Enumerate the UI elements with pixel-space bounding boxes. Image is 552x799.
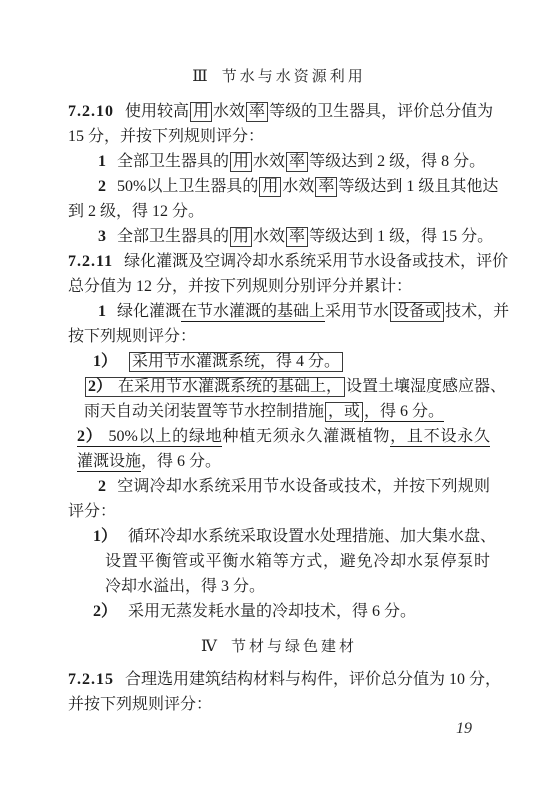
- bold-number-marker: 2: [98, 178, 106, 195]
- text-run: 循环冷却水系统采取设置水处理措施、加大集水盘、: [128, 528, 496, 545]
- text-run: 等级达到 1 级，得 15 分。: [309, 228, 493, 245]
- revision-boxed-text: 用: [230, 227, 252, 247]
- revision-boxed-text: 率: [286, 152, 308, 172]
- text-run: 水效: [253, 153, 285, 170]
- text-run: 节水与水资源利用: [222, 69, 366, 85]
- bold-number-marker: 1）: [93, 528, 117, 545]
- text-run: 总分值为 12 分，并按下列规则分别评分并累计：: [68, 278, 412, 295]
- section-heading-4: Ⅳ节材与绿色建材: [68, 634, 490, 659]
- revision-boxed-text: 率: [246, 102, 268, 122]
- section-heading-3: Ⅲ节水与水资源利用: [68, 64, 490, 89]
- text-run: 绿化灌溉及空调冷却水系统采用节水设备或技术，评价: [124, 253, 508, 270]
- revision-underlined-text: 在节水灌溉的基础上: [181, 303, 325, 322]
- text-run: 按下列规则评分：: [68, 328, 196, 345]
- item-1-line: 1全部卫生器具的用水效率等级达到 2 级，得 8 分。: [98, 149, 490, 174]
- clause-7-2-15-line-1: 7.2.15合理选用建筑结构材料与构件，评价总分值为 10 分，: [68, 667, 490, 692]
- clause-7-2-10-line-2: 15 分，并按下列规则评分：: [68, 124, 490, 149]
- text-run: 使用较高: [125, 103, 189, 120]
- bold-number-marker: 1: [98, 153, 106, 170]
- bold-number-marker: 7.2.11: [68, 253, 113, 270]
- document-page: Ⅲ节水与水资源利用7.2.10使用较高用水效率等级的卫生器具，评价总分值为15 …: [0, 0, 552, 799]
- clause-7-2-15-line-2: 并按下列规则评分：: [68, 692, 490, 717]
- revision-underlined-text: 50%以上的绿地: [109, 428, 223, 447]
- revision-boxed-text: ，或: [325, 402, 363, 422]
- subitem-1-cooling-line-3: 冷却水溢出，得 3 分。: [105, 574, 490, 599]
- text-run: 等级达到 2 级，得 8 分。: [309, 153, 485, 170]
- bold-number-marker: 1: [98, 303, 106, 320]
- subitem-2-boxed-line-1: 2）在采用节水灌溉系统的基础上，设置土壤湿度感应器、: [84, 374, 490, 399]
- bold-number-marker: 7.2.10: [68, 103, 114, 120]
- text-run: ，得 6 分。: [141, 453, 221, 470]
- subitem-2-underlined-line-1: 2）50%以上的绿地种植无须永久灌溉植物，且不设永久: [77, 424, 490, 449]
- footer-page-number: 19: [456, 720, 472, 738]
- item-2-cooling-line-2: 评分：: [68, 499, 490, 524]
- text-run: 50%以上卫生器具的: [117, 178, 258, 195]
- text-run: 水效: [213, 103, 245, 120]
- bold-number-marker: 7.2.15: [68, 671, 114, 688]
- text-run: 冷却水溢出，得 3 分。: [105, 578, 265, 595]
- text-run: 采用节水灌溉系统，得 4 分。: [132, 353, 340, 370]
- text-run: 合理选用建筑结构材料与构件，评价总分值为 10 分，: [125, 671, 501, 688]
- bold-number-marker: 3: [98, 228, 106, 245]
- clause-7-2-10-line-1: 7.2.10使用较高用水效率等级的卫生器具，评价总分值为: [68, 99, 490, 124]
- bold-number-marker: 2）: [93, 603, 117, 620]
- text-run: 并按下列规则评分：: [68, 696, 212, 713]
- text-run: 在采用节水灌溉系统的基础上，: [118, 378, 342, 395]
- clause-7-2-11-line-2: 总分值为 12 分，并按下列规则分别评分并累计：: [68, 274, 490, 299]
- text-run: 设置平衡管或平衡水箱等方式，避免冷却水泵停泵时: [105, 553, 490, 570]
- revision-boxed-text: 率: [315, 177, 337, 197]
- text-run: 等级的卫生器具，评价总分值为: [269, 103, 493, 120]
- bold-number-marker: 2: [98, 478, 106, 495]
- subitem-1-cooling-line-2: 设置平衡管或平衡水箱等方式，避免冷却水泵停泵时: [105, 549, 490, 574]
- revision-underlined-text: 灌溉设施: [77, 453, 141, 472]
- revision-box: 采用节水灌溉系统，得 4 分。: [129, 352, 343, 372]
- text-run: 设置土壤湿度感应器、: [346, 378, 506, 395]
- text-run: 节材与绿色建材: [231, 639, 357, 655]
- text-run: 等级达到 1 级且其他达: [338, 178, 498, 195]
- revision-boxed-text: 用: [259, 177, 281, 197]
- revision-boxed-text: 率: [286, 227, 308, 247]
- item-2-cooling-line-1: 2空调冷却水系统采用节水设备或技术，并按下列规则: [98, 474, 490, 499]
- bold-number-marker: 1）: [93, 353, 117, 370]
- text-run: Ⅳ: [201, 638, 218, 655]
- item-1-irrigation-line-2: 按下列规则评分：: [68, 324, 490, 349]
- item-1-irrigation-line-1: 1绿化灌溉在节水灌溉的基础上采用节水设备或技术，并: [98, 299, 490, 324]
- clause-7-2-11-line-1: 7.2.11绿化灌溉及空调冷却水系统采用节水设备或技术，评价: [68, 249, 490, 274]
- text-run: 15 分，并按下列规则评分：: [68, 128, 264, 145]
- text-run: 采用无蒸发耗水量的冷却技术，得 6 分。: [128, 603, 416, 620]
- subitem-2-cooling: 2）采用无蒸发耗水量的冷却技术，得 6 分。: [93, 599, 490, 624]
- item-2-line-1: 250%以上卫生器具的用水效率等级达到 1 级且其他达: [98, 174, 490, 199]
- text-run: 绿化灌溉: [117, 303, 181, 320]
- text-run: 采用节水: [325, 303, 389, 320]
- subitem-1-boxed: 1）采用节水灌溉系统，得 4 分。: [93, 349, 490, 374]
- item-3-line: 3全部卫生器具的用水效率等级达到 1 级，得 15 分。: [98, 224, 490, 249]
- revision-boxed-text: 用: [230, 152, 252, 172]
- text-run: Ⅲ: [192, 68, 208, 85]
- item-2-line-2: 到 2 级，得 12 分。: [68, 199, 490, 224]
- revision-boxed-text: 设备或: [390, 302, 444, 322]
- text-run: 技术，并: [445, 303, 509, 320]
- text-run: 种植无须永久灌溉植物: [222, 428, 390, 445]
- text-block: Ⅲ节水与水资源利用7.2.10使用较高用水效率等级的卫生器具，评价总分值为15 …: [68, 64, 490, 717]
- text-run: 空调冷却水系统采用节水设备或技术，并按下列规则: [117, 478, 490, 495]
- revision-underlined-text: ，得 6 分。: [364, 403, 444, 422]
- subitem-2-underlined-line-2: 灌溉设施，得 6 分。: [77, 449, 490, 474]
- revision-underlined-text: 2）: [77, 428, 109, 447]
- text-run: 全部卫生器具的: [117, 153, 229, 170]
- revision-boxed-text: 用: [190, 102, 212, 122]
- subitem-1-cooling-line-1: 1）循环冷却水系统采取设置水处理措施、加大集水盘、: [93, 524, 490, 549]
- text-run: 到 2 级，得 12 分。: [68, 203, 204, 220]
- revision-box: 2）在采用节水灌溉系统的基础上，: [85, 377, 345, 397]
- text-run: 全部卫生器具的: [117, 228, 229, 245]
- text-run: 水效: [282, 178, 314, 195]
- subitem-2-boxed-line-2: 雨天自动关闭装置等节水控制措施，或，得 6 分。: [84, 399, 490, 424]
- text-run: 评分：: [68, 503, 116, 520]
- revision-underlined-text: ，且不设永久: [390, 428, 490, 447]
- text-run: 雨天自动关闭装置等节水控制措施: [84, 403, 324, 420]
- text-run: 水效: [253, 228, 285, 245]
- bold-number-marker: 2）: [88, 378, 118, 395]
